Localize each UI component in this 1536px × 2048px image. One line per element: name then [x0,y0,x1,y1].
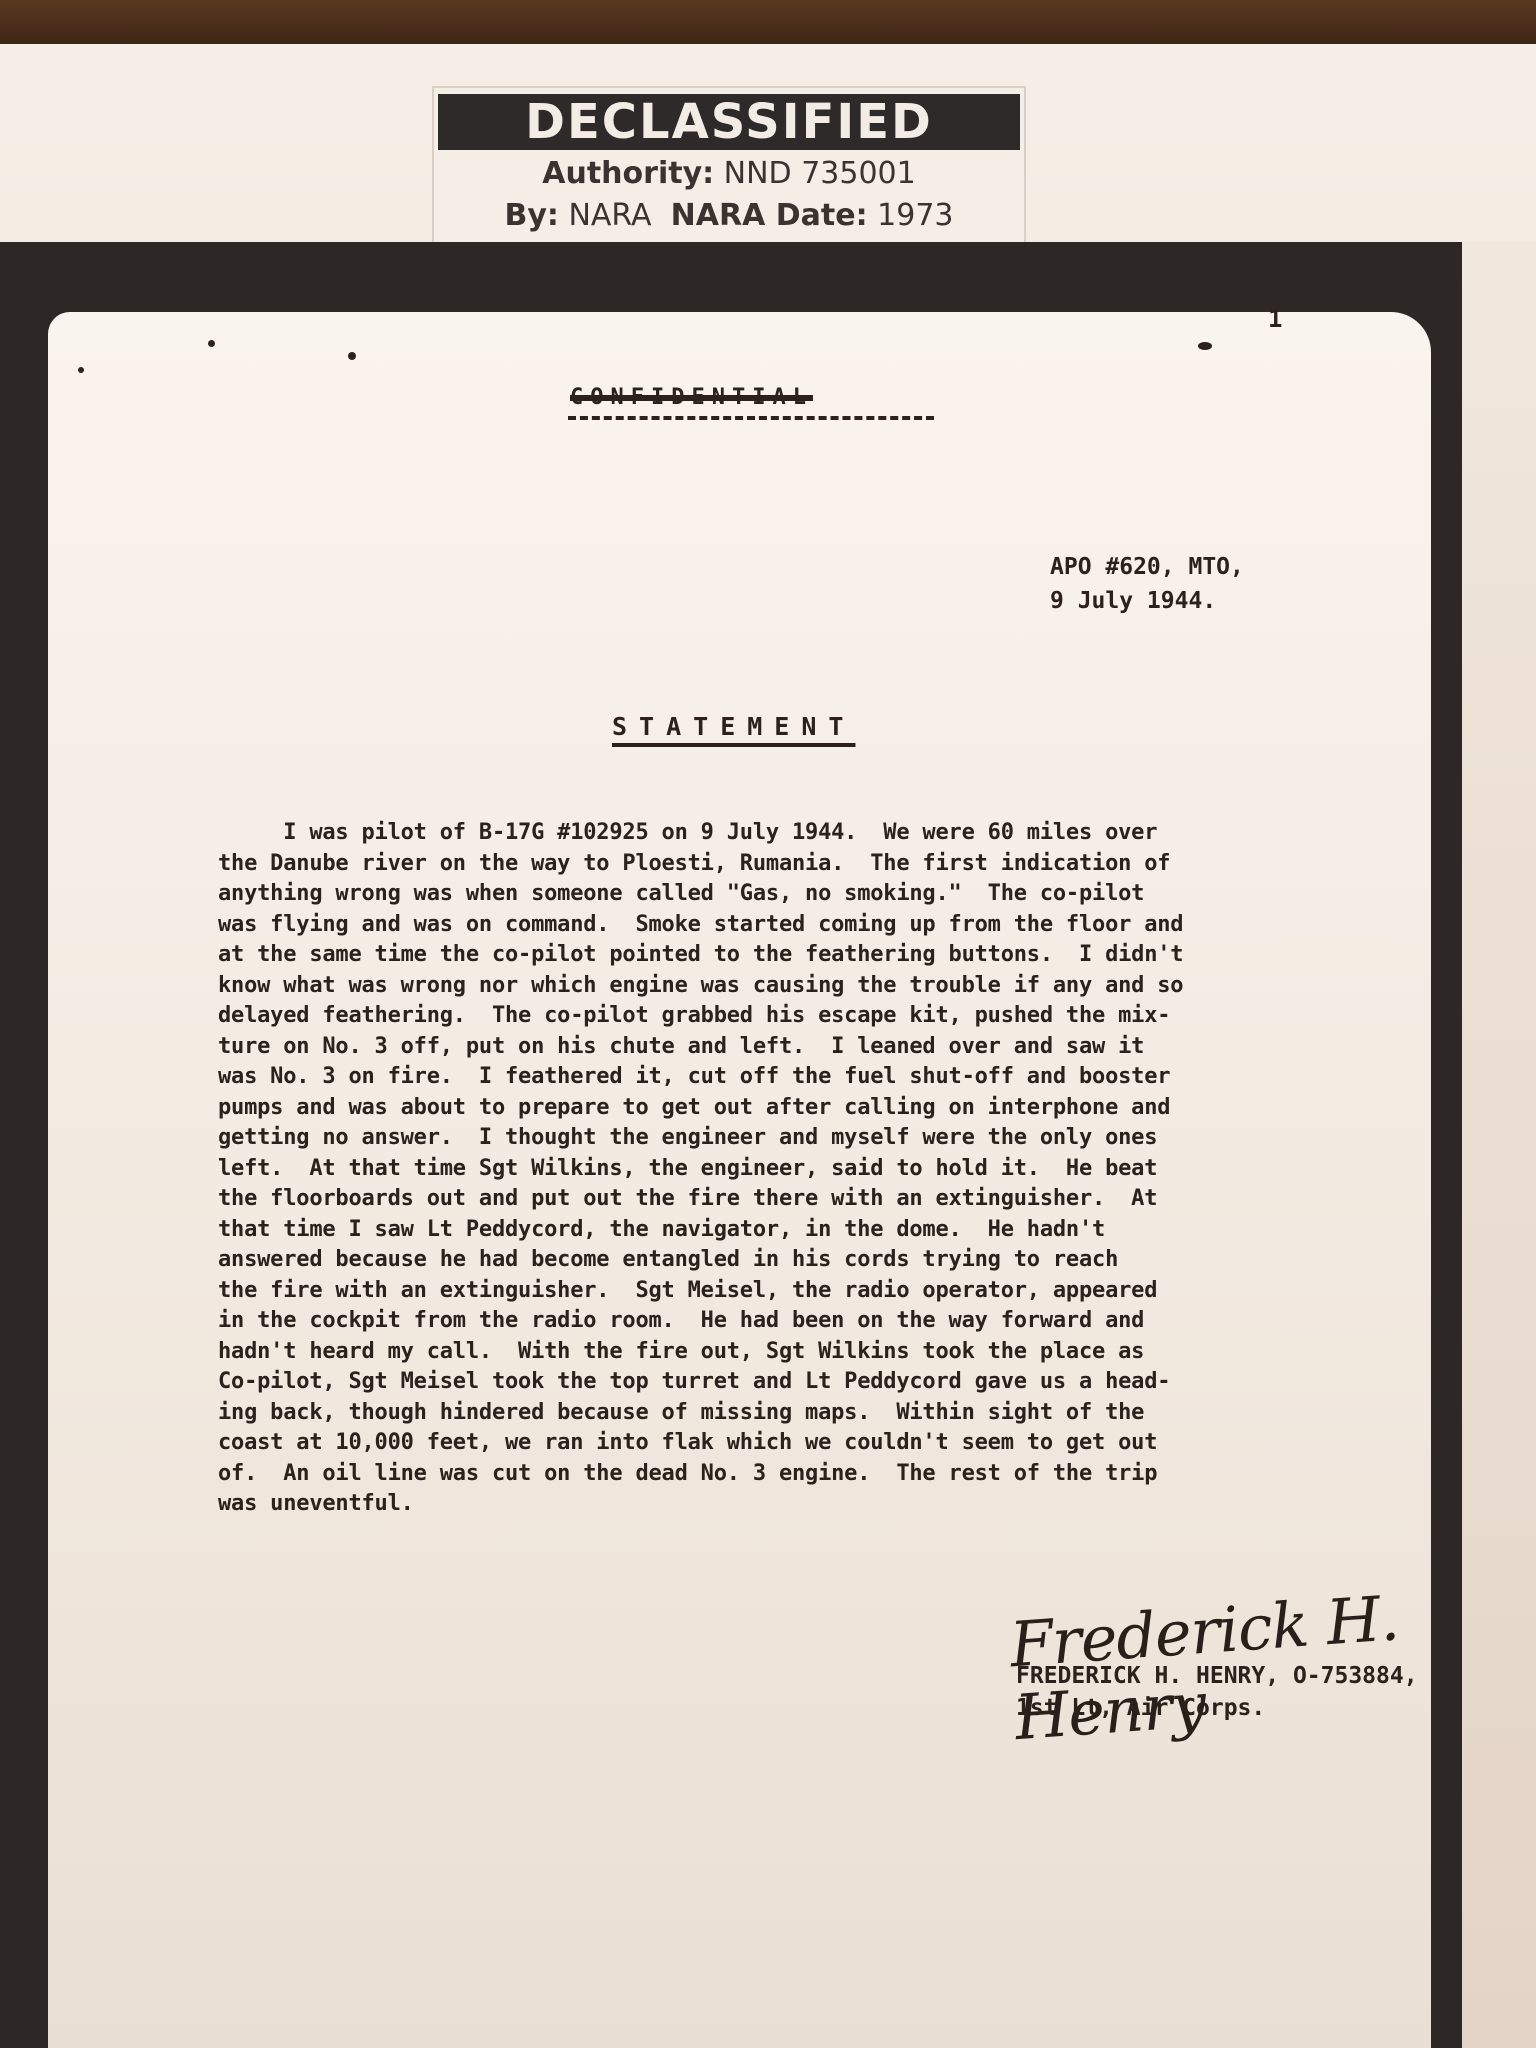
stamp-by-date: By: NARA NARA Date: 1973 [434,198,1024,233]
body-line: at the same time the co-pilot pointed to… [218,940,1328,971]
body-line: answered because he had become entangled… [218,1245,1328,1276]
signature-block: FREDERICK H. HENRY, O-753884,1st Lt, Air… [1016,1660,1418,1724]
speck [348,352,356,360]
by-label: By: [505,198,559,233]
date-line: 9 July 1944. [1050,584,1244,618]
authority-value: NND 735001 [724,156,916,191]
body-line: pumps and was about to prepare to get ou… [218,1093,1328,1124]
signer-rank: 1st Lt, Air Corps. [1016,1692,1418,1724]
body-line: left. At that time Sgt Wilkins, the engi… [218,1154,1328,1185]
body-line: the fire with an extinguisher. Sgt Meise… [218,1276,1328,1307]
body-line: Co-pilot, Sgt Meisel took the top turret… [218,1367,1328,1398]
speck [1198,342,1212,350]
date-value: 1973 [877,198,953,233]
date-label: NARA Date: [671,198,868,233]
body-line: getting no answer. I thought the enginee… [218,1123,1328,1154]
body-line: know what was wrong nor which engine was… [218,971,1328,1002]
body-line: was uneventful. [218,1489,1328,1520]
dateline: APO #620, MTO,9 July 1944. [1050,550,1244,618]
page-number: 1 [1268,305,1282,333]
body-line: coast at 10,000 feet, we ran into flak w… [218,1428,1328,1459]
speck [208,340,215,347]
body-line: I was pilot of B-17G #102925 on 9 July 1… [218,818,1328,849]
body-line: the floorboards out and put out the fire… [218,1184,1328,1215]
classification-underline [568,416,934,420]
by-value: NARA [568,198,651,233]
statement-body: I was pilot of B-17G #102925 on 9 July 1… [218,818,1328,1520]
document-title: STATEMENT [612,712,855,741]
stamp-heading: DECLASSIFIED [438,94,1020,150]
speck [78,367,84,373]
body-line: in the cockpit from the radio room. He h… [218,1306,1328,1337]
location-line: APO #620, MTO, [1050,550,1244,584]
declassified-stamp: DECLASSIFIED Authority: NND 735001 By: N… [432,86,1026,246]
body-line: was flying and was on command. Smoke sta… [218,910,1328,941]
struck-classification: CONFIDENTIAL [570,385,813,410]
body-line: ture on No. 3 off, put on his chute and … [218,1032,1328,1063]
body-line: delayed feathering. The co-pilot grabbed… [218,1001,1328,1032]
signer-name: FREDERICK H. HENRY, O-753884, [1016,1660,1418,1692]
stamp-authority: Authority: NND 735001 [434,156,1024,191]
body-line: was No. 3 on fire. I feathered it, cut o… [218,1062,1328,1093]
body-line: anything wrong was when someone called "… [218,879,1328,910]
body-line: that time I saw Lt Peddycord, the naviga… [218,1215,1328,1246]
body-line: hadn't heard my call. With the fire out,… [218,1337,1328,1368]
body-line: the Danube river on the way to Ploesti, … [218,849,1328,880]
body-line: of. An oil line was cut on the dead No. … [218,1459,1328,1490]
body-line: ing back, though hindered because of mis… [218,1398,1328,1429]
authority-label: Authority: [542,156,714,191]
paper-margin-right [1462,242,1536,2048]
